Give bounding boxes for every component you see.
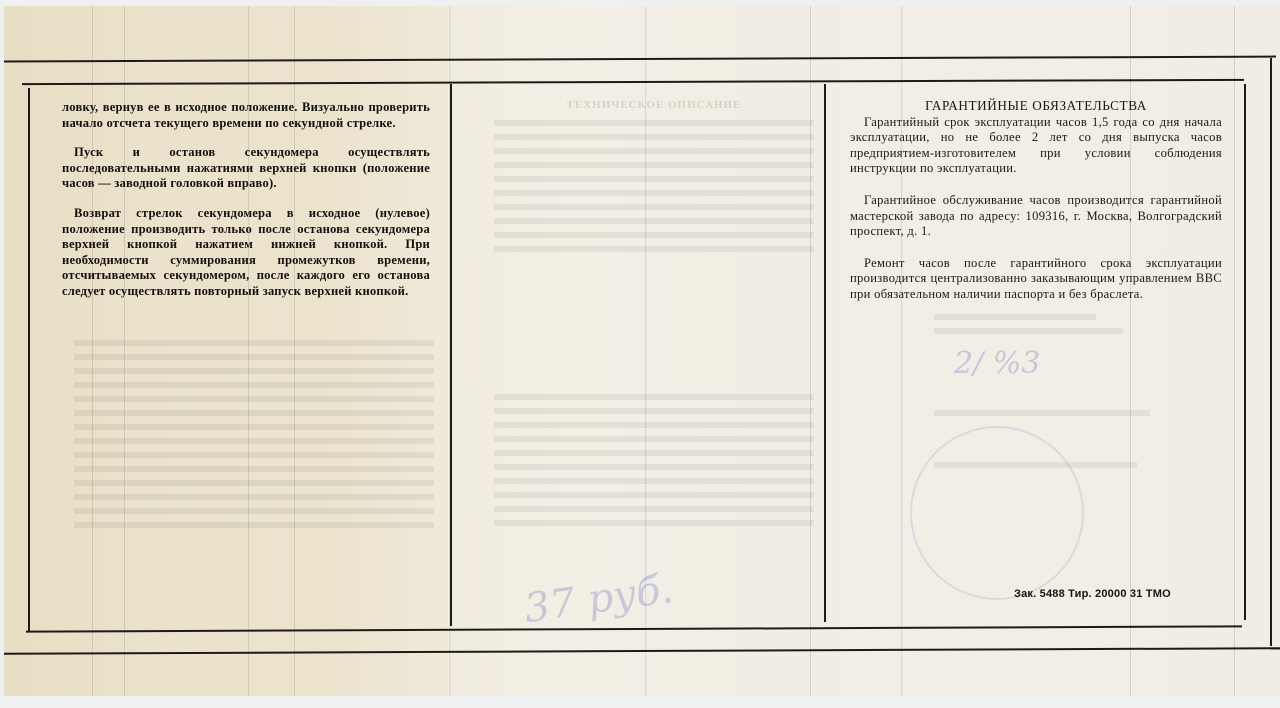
stamp-circle	[910, 426, 1084, 600]
paragraph: Ремонт часов после гарантийного срока эк…	[850, 256, 1222, 303]
panel-divider	[450, 84, 452, 626]
bleed-through-text: ТЕХНИЧЕСКОЕ ОПИСАНИЕ	[494, 98, 814, 328]
warranty-section: ГАРАНТИЙНЫЕ ОБЯЗАТЕЛЬСТВА Гарантийный ср…	[850, 98, 1222, 319]
handwritten-mark: 2/ %3	[954, 346, 1040, 381]
print-imprint: Зак. 5488 Тир. 20000 31 ТМО	[1014, 588, 1171, 600]
bleed-through-text	[74, 332, 434, 602]
crease	[1234, 6, 1235, 696]
inner-left-border	[28, 88, 30, 632]
outer-right-border	[1270, 58, 1272, 646]
section-title: ГАРАНТИЙНЫЕ ОБЯЗАТЕЛЬСТВА	[850, 98, 1222, 114]
paragraph: Возврат стрелок секундомера в исходное (…	[62, 206, 430, 300]
paragraph: Гарантийное обслуживание часов производи…	[850, 193, 1222, 240]
paragraph: ловку, вернув ее в исходное положение. В…	[62, 100, 430, 131]
inner-right-border	[1244, 84, 1246, 620]
stopwatch-instructions: ловку, вернув ее в исходное положение. В…	[62, 100, 430, 314]
paragraph: Пуск и останов секундомера осуществлять …	[62, 145, 430, 192]
document-sheet: ТЕХНИЧЕСКОЕ ОПИСАНИЕ 37 руб. 2/ %3 ловку…	[4, 6, 1280, 696]
panel-divider	[824, 84, 826, 622]
paragraph: Гарантийный срок эксплуатации часов 1,5 …	[850, 115, 1222, 177]
